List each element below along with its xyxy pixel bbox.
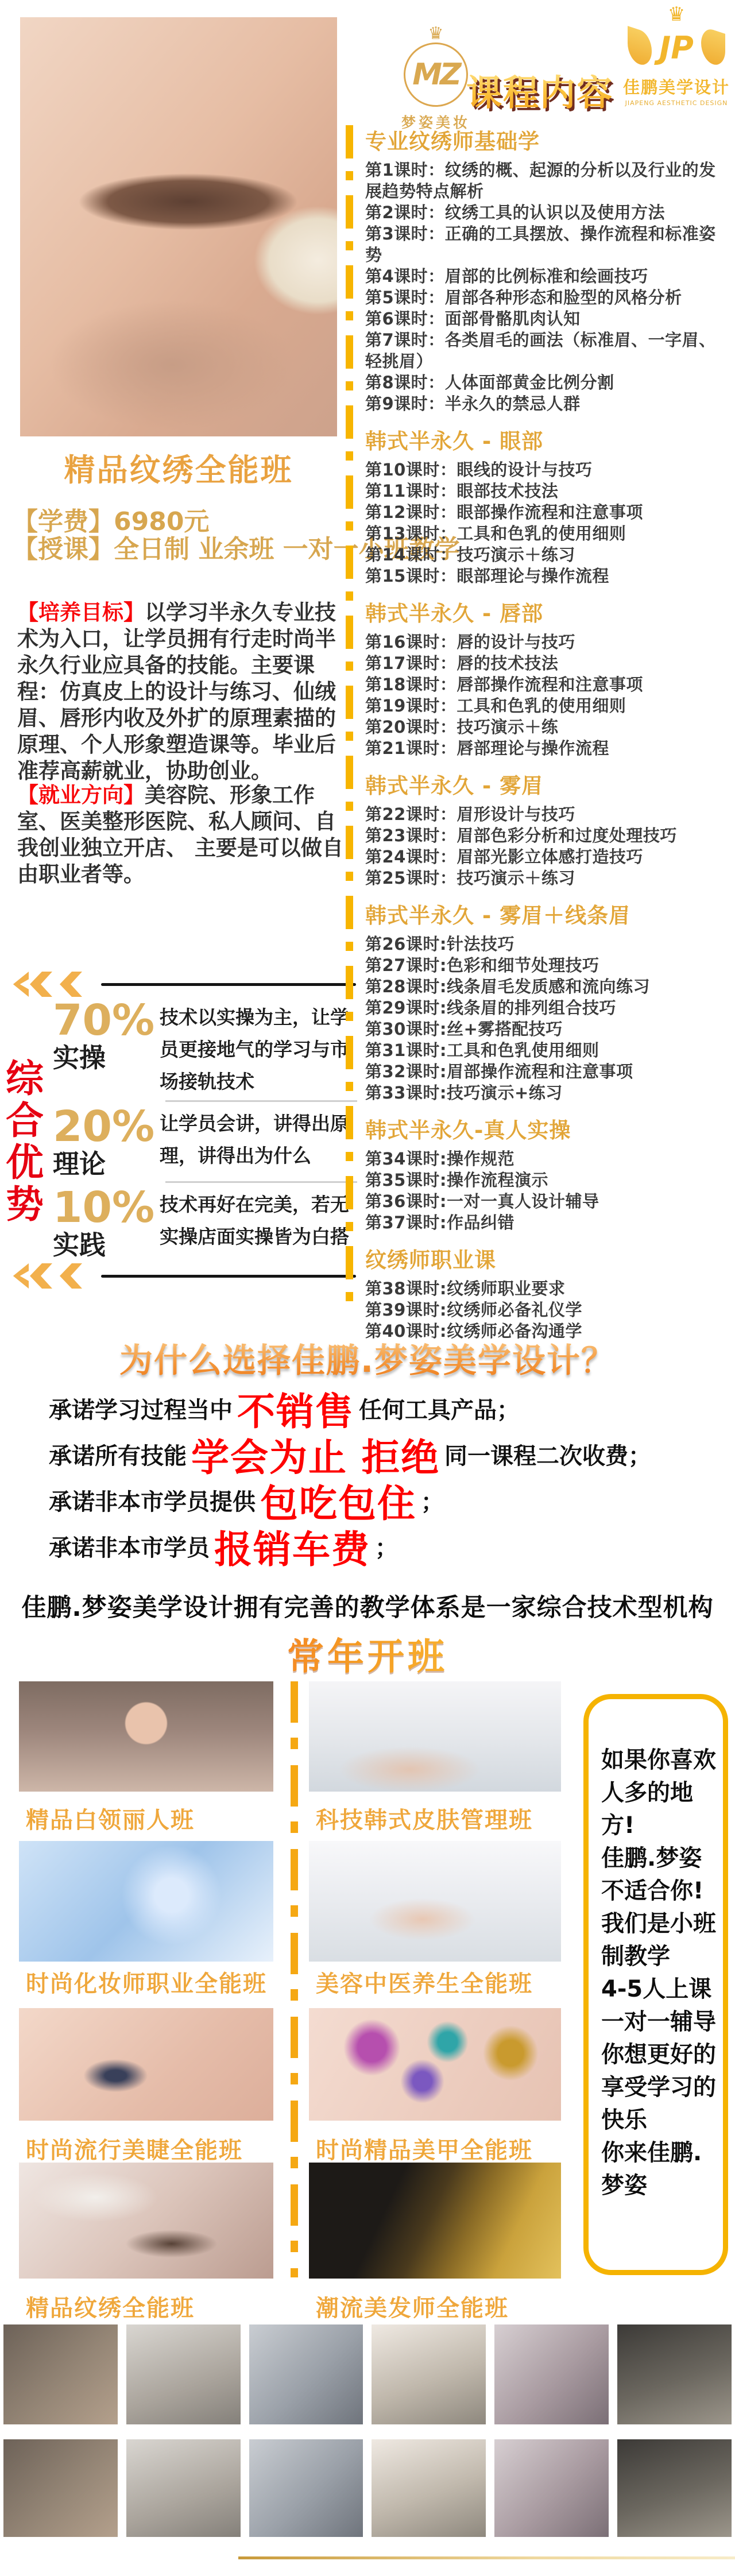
- training-goal-text: 以学习半永久专业技术为入口，让学员拥有行走时尚半永久行业应具备的技能。主要课程：…: [17, 600, 336, 783]
- lesson-item: 第31课时:工具和色乳使用细则: [365, 1040, 730, 1061]
- promise-prefix: 承诺非本市学员提供: [49, 1484, 256, 1517]
- classroom-photo: [249, 2324, 363, 2424]
- advantage-percent: 10%: [53, 1185, 160, 1230]
- white-collar-portrait-photo: [19, 1681, 273, 1792]
- classroom-photo: [3, 2324, 118, 2424]
- hero-class-title: 精品纹绣全能班: [20, 446, 337, 490]
- poster-page: ♛ MZ 梦姿美妆 课程内容 ♛ JP 佳鹏美学设计 JIAPENG AESTH…: [0, 0, 735, 2576]
- advantage-rows: 70%实操技术以实操为主，让学员更接地气的学习与市场接轨技术20%理论让学员会讲…: [53, 998, 357, 1260]
- lesson-item: 第26课时:针法技巧: [365, 934, 730, 955]
- career-direction-paragraph: 【就业方向】美容院、形象工作室、医美整形医院、私人顾问、自我创业独立开店、 主要…: [17, 782, 356, 888]
- classroom-photo: [126, 2324, 241, 2424]
- course-section-title: 专业纹绣师基础学: [365, 124, 730, 155]
- chevron-left-icon: [60, 972, 88, 997]
- lesson-item: 第35课时:操作流程演示: [365, 1170, 730, 1191]
- lesson-item: 第29课时:线条眉的排列组合技巧: [365, 997, 730, 1019]
- chevron-left-icon: [30, 972, 59, 997]
- advantage-separator: [165, 1181, 357, 1183]
- lesson-item: 第21课时：唇部理论与操作流程: [365, 738, 730, 759]
- course-section: 韩式半永久-真人实操第34课时:操作规范第35课时:操作流程演示第36课时:一对…: [365, 1113, 730, 1233]
- course-section: 韩式半永久 - 唇部第16课时：唇的设计与技巧第17课时：唇的技术技法第18课时…: [365, 596, 730, 759]
- advantage-description: 技术以实操为主，让学员更接地气的学习与市场接轨技术: [160, 998, 357, 1098]
- promise-list: 承诺学习过程当中不销售任何工具产品；承诺所有技能学会为止 拒绝同一课程二次收费；…: [49, 1385, 715, 1569]
- classroom-photo: [617, 2324, 732, 2424]
- lesson-item: 第14课时：技巧演示＋练习: [365, 544, 730, 566]
- divider-line: [101, 1275, 356, 1278]
- advantage-description: 让学员会讲，讲得出原理，讲得出为什么: [160, 1104, 357, 1179]
- advantage-percent-block: 20%理论: [53, 1104, 160, 1179]
- lesson-item: 第24课时：眉部光影立体感打造技巧: [365, 846, 730, 868]
- lesson-item: 第18课时：唇部操作流程和注意事项: [365, 674, 730, 695]
- course-section-title: 韩式半永久 - 唇部: [365, 596, 730, 627]
- advantage-percent-label: 理论: [53, 1149, 160, 1179]
- promise-prefix: 承诺非本市学员: [49, 1530, 210, 1562]
- promise-highlight: 报销车费: [214, 1519, 370, 1573]
- classroom-photo: [494, 2439, 609, 2537]
- advantage-vertical-title: 综合优势: [3, 1058, 46, 1225]
- lesson-item: 第20课时：技巧演示＋练: [365, 717, 730, 738]
- jp-logo-name: 佳鹏美学设计: [620, 75, 733, 98]
- course-section-title: 韩式半永久-真人实操: [365, 1113, 730, 1144]
- course-section: 纹绣师职业课第38课时:纹绣师职业要求第39课时:纹绣师必备礼仪学第40课时:纹…: [365, 1243, 730, 1342]
- advantage-row: 70%实操技术以实操为主，让学员更接地气的学习与市场接轨技术: [53, 998, 357, 1098]
- lesson-item: 第27课时:色彩和细节处理技巧: [365, 955, 730, 976]
- lesson-item: 第2课时：纹绣工具的认识以及使用方法: [365, 202, 730, 223]
- jp-logo: ♛ JP 佳鹏美学设计 JIAPENG AESTHETIC DESIGN: [620, 6, 733, 107]
- course-sections: 专业纹绣师基础学第1课时：纹绣的概、起源的分析以及行业的发展趋势特点解析第2课时…: [365, 121, 730, 1342]
- advantage-percent-label: 实践: [53, 1230, 160, 1260]
- class-label: 美容中医养生全能班: [316, 1966, 533, 1998]
- eyelash-closeup-photo: [19, 2008, 273, 2121]
- jp-monogram: JP: [651, 23, 702, 72]
- class-label: 时尚精品美甲全能班: [316, 2132, 533, 2165]
- advantage-percent-block: 10%实践: [53, 1185, 160, 1260]
- class-label: 精品白领丽人班: [26, 1802, 195, 1835]
- course-section: 韩式半永久 - 雾眉＋线条眉第26课时:针法技巧第27课时:色彩和细节处理技巧第…: [365, 898, 730, 1104]
- classroom-photo-row: [3, 2324, 732, 2424]
- brow-tattoo-procedure-photo: [19, 2163, 273, 2279]
- lesson-item: 第11课时：眼部技术技法: [365, 481, 730, 502]
- promise-prefix: 承诺学习过程当中: [49, 1392, 233, 1425]
- class-label: 科技韩式皮肤管理班: [316, 1802, 533, 1835]
- lesson-item: 第17课时：唇的技术技法: [365, 653, 730, 674]
- training-goal-paragraph: 【培养目标】以学习半永久专业技术为入口，让学员拥有行走时尚半永久行业应具备的技能…: [17, 599, 356, 784]
- lesson-item: 第10课时：眼线的设计与技巧: [365, 459, 730, 481]
- nail-art-photo: [309, 2008, 561, 2121]
- lesson-item: 第30课时:丝+雾搭配技巧: [365, 1019, 730, 1040]
- lesson-item: 第25课时：技巧演示＋练习: [365, 868, 730, 889]
- advantage-separator: [165, 1100, 357, 1102]
- organization-statement: 佳鹏.梦姿美学设计拥有完善的教学体系是一家综合技术型机构: [0, 1588, 735, 1623]
- chevron-left-icon: [30, 1263, 59, 1289]
- lesson-item: 第3课时：正确的工具摆放、操作流程和标准姿势: [365, 223, 730, 266]
- course-section-title: 纹绣师职业课: [365, 1243, 730, 1274]
- crown-icon: ♛: [620, 6, 733, 23]
- promise-suffix: 同一课程二次收费；: [444, 1438, 651, 1471]
- lesson-item: 第32课时:眉部操作流程和注意事项: [365, 1061, 730, 1082]
- lesson-item: 第6课时：面部骨骼肌肉认知: [365, 308, 730, 330]
- lesson-item: 第13课时：工具和色乳的使用细则: [365, 523, 730, 544]
- advantage-row: 10%实践技术再好在完美，若无实操店面实操皆为白搭: [53, 1185, 357, 1260]
- advantage-row: 20%理论让学员会讲，讲得出原理，讲得出为什么: [53, 1104, 357, 1179]
- lesson-item: 第9课时：半永久的禁忌人群: [365, 393, 730, 415]
- lesson-item: 第16课时：唇的设计与技巧: [365, 632, 730, 653]
- lesson-item: 第36课时:一对一真人设计辅导: [365, 1191, 730, 1212]
- ice-makeup-photo: [19, 1841, 273, 1962]
- training-goal-label: 【培养目标】: [17, 600, 145, 625]
- career-direction-label: 【就业方向】: [17, 783, 145, 807]
- classroom-photo: [372, 2324, 486, 2424]
- promise-item: 承诺所有技能学会为止 拒绝同一课程二次收费；: [49, 1431, 715, 1477]
- course-content-title: 课程内容: [454, 64, 626, 115]
- crown-icon: ♛: [392, 26, 479, 41]
- classroom-photo: [249, 2439, 363, 2537]
- promise-item: 承诺学习过程当中不销售任何工具产品；: [49, 1385, 715, 1431]
- blonde-hair-photo: [309, 2163, 561, 2279]
- promise-suffix: ；: [375, 1530, 398, 1562]
- wing-icon: [701, 26, 725, 68]
- advantage-percent-block: 70%实操: [53, 998, 160, 1098]
- chevron-left-icon: [60, 1263, 88, 1289]
- lesson-item: 第5课时：眉部各种形态和脸型的风格分析: [365, 287, 730, 308]
- classroom-photo-row: [3, 2439, 732, 2537]
- eyebrow-closeup-photo: [20, 17, 337, 436]
- promise-item: 承诺非本市学员报销车费；: [49, 1523, 715, 1569]
- course-section-title: 韩式半永久 - 雾眉: [365, 768, 730, 799]
- classroom-photo: [3, 2439, 118, 2537]
- lesson-item: 第37课时:作品纠错: [365, 1212, 730, 1233]
- classroom-photo: [126, 2439, 241, 2537]
- course-list-dashed-bar: [346, 125, 353, 1313]
- promise-item: 承诺非本市学员提供包吃包住；: [49, 1477, 715, 1523]
- year-round-enrollment-banner: 常年开班: [0, 1627, 735, 1680]
- course-section-title: 韩式半永久 - 眼部: [365, 424, 730, 455]
- chevron-left-icon: [9, 972, 29, 997]
- course-section: 韩式半永久 - 雾眉第22课时：眉形设计与技巧第23课时：眉部色彩分析和过度处理…: [365, 768, 730, 889]
- classroom-photo: [617, 2439, 732, 2537]
- lesson-item: 第39课时:纹绣师必备礼仪学: [365, 1299, 730, 1321]
- advantage-description: 技术再好在完美，若无实操店面实操皆为白搭: [160, 1185, 357, 1260]
- advantage-percent-label: 实操: [53, 1043, 160, 1073]
- course-section: 韩式半永久 - 眼部第10课时：眼线的设计与技巧第11课时：眼部技术技法第12课…: [365, 424, 730, 587]
- footer-gold-line: [238, 2556, 735, 2559]
- lesson-item: 第12课时：眼部操作流程和注意事项: [365, 502, 730, 523]
- wing-icon: [628, 26, 652, 68]
- lesson-item: 第8课时：人体面部黄金比例分割: [365, 372, 730, 393]
- lesson-item: 第7课时：各类眉毛的画法（标准眉、一字眉、轻挑眉）: [365, 330, 730, 372]
- advantage-percent: 20%: [53, 1104, 160, 1149]
- teaching-label: 【授课】: [13, 535, 114, 564]
- promise-suffix: ；: [421, 1484, 444, 1517]
- lesson-item: 第23课时：眉部色彩分析和过度处理技巧: [365, 825, 730, 846]
- course-section: 专业纹绣师基础学第1课时：纹绣的概、起源的分析以及行业的发展趋势特点解析第2课时…: [365, 124, 730, 415]
- lesson-item: 第4课时：眉部的比例标准和绘画技巧: [365, 266, 730, 287]
- jp-logo-subtitle: JIAPENG AESTHETIC DESIGN: [620, 99, 733, 107]
- chevron-divider: [9, 970, 356, 998]
- lesson-item: 第34课时:操作规范: [365, 1148, 730, 1170]
- small-class-note-box: 如果你喜欢 人多的地方! 佳鹏.梦姿 不适合你! 我们是小班 制教学 4-5人上…: [583, 1694, 728, 2275]
- lesson-item: 第22课时：眉形设计与技巧: [365, 804, 730, 825]
- promise-prefix: 承诺所有技能: [49, 1438, 187, 1471]
- classroom-photo: [372, 2439, 486, 2537]
- advantage-percent: 70%: [53, 998, 160, 1043]
- lesson-item: 第19课时：工具和色乳的使用细则: [365, 695, 730, 717]
- class-label: 时尚流行美睫全能班: [26, 2132, 243, 2165]
- grid-dashed-divider: [291, 1681, 298, 2277]
- lesson-item: 第15课时：眼部理论与操作流程: [365, 566, 730, 587]
- lesson-item: 第38课时:纹绣师职业要求: [365, 1278, 730, 1299]
- divider-line: [101, 983, 356, 986]
- facial-massage-photo: [309, 1841, 561, 1962]
- course-section-title: 韩式半永久 - 雾眉＋线条眉: [365, 898, 730, 929]
- skin-management-photo: [309, 1681, 561, 1792]
- class-label: 潮流美发师全能班: [316, 2290, 509, 2323]
- lesson-item: 第33课时:技巧演示+练习: [365, 1082, 730, 1104]
- chevron-divider: [9, 1262, 356, 1290]
- lesson-item: 第28课时:线条眉毛发质感和流向练习: [365, 976, 730, 997]
- chevron-left-icon: [9, 1263, 29, 1289]
- class-label: 时尚化妆师职业全能班: [26, 1966, 267, 1998]
- classroom-photo: [494, 2324, 609, 2424]
- promise-suffix: 任何工具产品；: [359, 1392, 520, 1425]
- class-label: 精品纹绣全能班: [26, 2290, 195, 2323]
- why-choose-title: 为什么选择佳鹏.梦姿美学设计？: [0, 1333, 735, 1382]
- lesson-item: 第1课时：纹绣的概、起源的分析以及行业的发展趋势特点解析: [365, 160, 730, 202]
